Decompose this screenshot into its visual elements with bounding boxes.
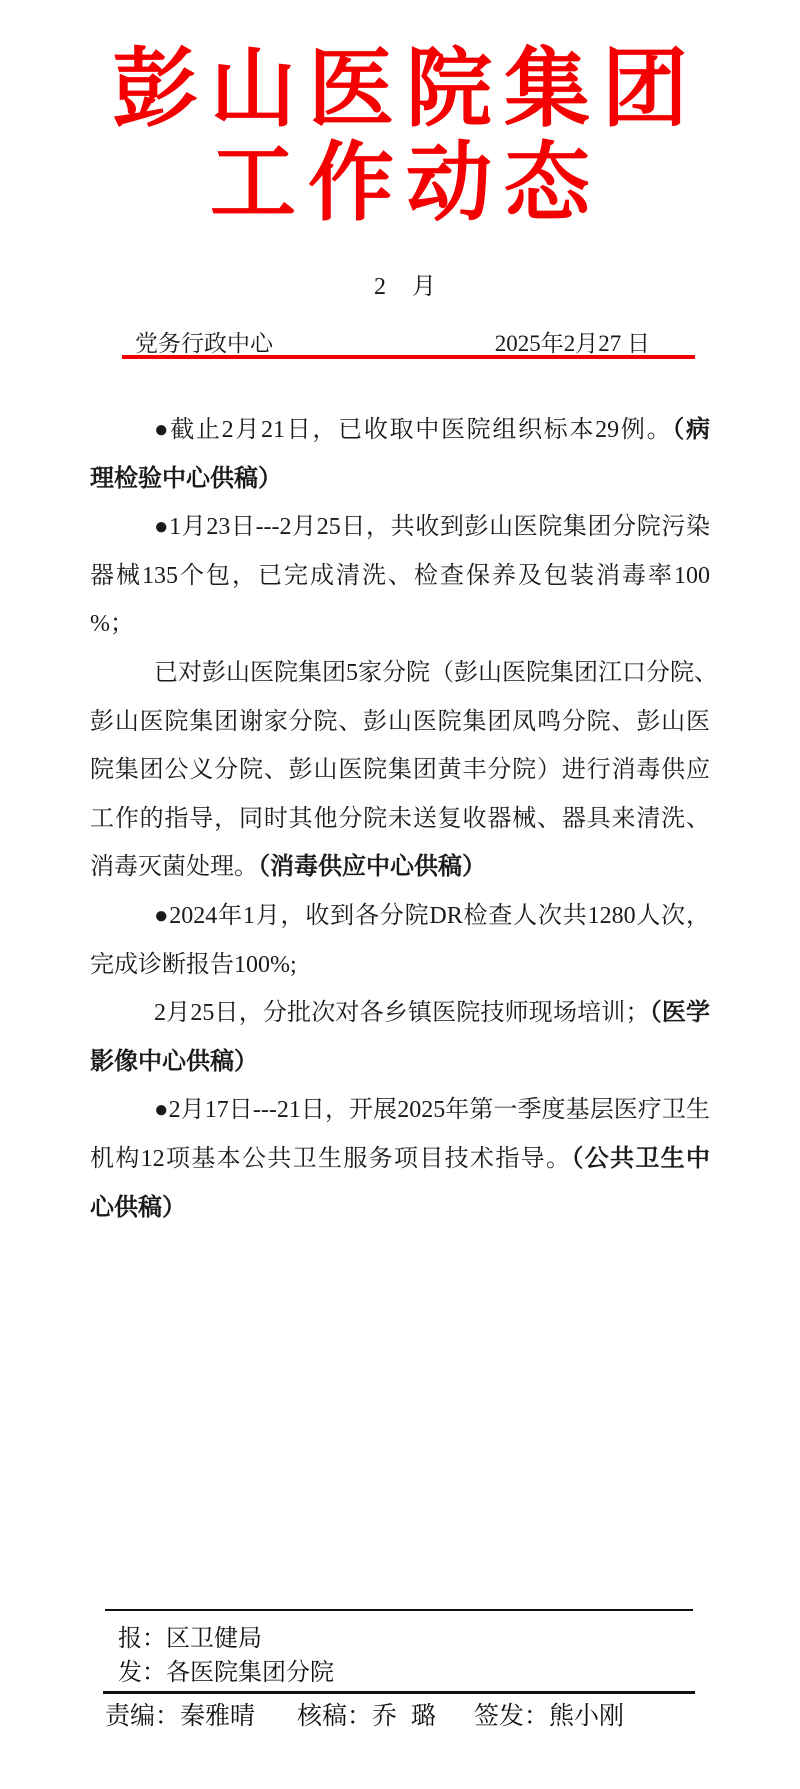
body-line: ●2024年1月，收到各分院DR检查人次共1280人次， bbox=[90, 892, 710, 941]
reviewer-credit: 核稿：乔 璐 bbox=[297, 1700, 436, 1732]
body-text-segment: 完成诊断报告100%; bbox=[90, 952, 297, 978]
editor-credit: 责编：秦雅晴 bbox=[105, 1700, 255, 1732]
body-text-segment: ●截止2月21日，已收取中医院组织标本29例。 bbox=[154, 417, 672, 443]
body-text-segment: 机构12项基本公共卫生服务项目技术指导。 bbox=[90, 1146, 571, 1172]
body-text-segment: 器械135个包，已完成清洗、检查保养及包装消毒率100 bbox=[90, 563, 710, 589]
title-line-2: 工作动态 bbox=[0, 136, 800, 230]
body-text-segment: 彭山医院集团谢家分院、彭山医院集团凤鸣分院、彭山医 bbox=[90, 709, 710, 735]
footer-rule-top bbox=[105, 1609, 693, 1611]
body-line: 影像中心供稿） bbox=[90, 1038, 710, 1087]
body-text: ●截止2月21日，已收取中医院组织标本29例。（病理检验中心供稿）●1月23日-… bbox=[90, 406, 710, 1232]
issuer-credit: 签发：熊小刚 bbox=[474, 1700, 624, 1732]
header-bar: 党务行政中心 2025年2月27 日 bbox=[122, 325, 695, 358]
body-text-segment: 2月25日，分批次对各乡镇医院技师现场培训； bbox=[154, 1000, 649, 1026]
body-line: ●截止2月21日，已收取中医院组织标本29例。（病 bbox=[90, 406, 710, 455]
footer-rule-mid bbox=[103, 1691, 695, 1694]
title-line-1: 彭山医院集团 bbox=[0, 42, 800, 136]
body-line: 工作的指导，同时其他分院未送复收器械、器具来清洗、 bbox=[90, 795, 710, 844]
contributor-credit-text: 影像中心供稿） bbox=[90, 1049, 258, 1075]
issue-date: 2025年2月27 日 bbox=[495, 325, 695, 358]
body-line: 理检验中心供稿） bbox=[90, 455, 710, 504]
body-line: 机构12项基本公共卫生服务项目技术指导。（公共卫生中 bbox=[90, 1135, 710, 1184]
distribute-to-line: 发：各医院集团分院 bbox=[118, 1658, 334, 1688]
body-line: 已对彭山医院集团5家分院（彭山医院集团江口分院、 bbox=[90, 649, 710, 698]
body-text-segment: 工作的指导，同时其他分院未送复收器械、器具来清洗、 bbox=[90, 806, 710, 832]
contributor-credit-text: 理检验中心供稿） bbox=[90, 466, 282, 492]
contributor-credit-text: 心供稿） bbox=[90, 1195, 186, 1221]
body-line: 器械135个包，已完成清洗、检查保养及包装消毒率100 bbox=[90, 552, 710, 601]
body-text-segment: ●2月17日---21日，开展2025年第一季度基层医疗卫生 bbox=[154, 1097, 710, 1123]
body-text-segment: ●1月23日---2月25日，共收到彭山医院集团分院污染 bbox=[154, 514, 710, 540]
header-red-rule bbox=[122, 355, 695, 359]
body-line: ●1月23日---2月25日，共收到彭山医院集团分院污染 bbox=[90, 503, 710, 552]
body-line: 心供稿） bbox=[90, 1184, 710, 1233]
contributor-credit-text: （病 bbox=[672, 417, 710, 443]
body-line: 彭山医院集团谢家分院、彭山医院集团凤鸣分院、彭山医 bbox=[90, 698, 710, 747]
body-text-segment: 已对彭山医院集团5家分院（彭山医院集团江口分院、 bbox=[154, 660, 718, 686]
contributor-credit-text: （公共卫生中 bbox=[571, 1146, 710, 1172]
body-line: %； bbox=[90, 600, 710, 649]
body-line: 院集团公义分院、彭山医院集团黄丰分院）进行消毒供应 bbox=[90, 746, 710, 795]
credits-row: 责编：秦雅晴 核稿：乔 璐 签发：熊小刚 bbox=[105, 1700, 695, 1732]
body-text-segment: %； bbox=[90, 611, 134, 637]
body-line: 完成诊断报告100%; bbox=[90, 941, 710, 990]
body-text-segment: ●2024年1月，收到各分院DR检查人次共1280人次， bbox=[154, 903, 710, 929]
report-to-line: 报：区卫健局 bbox=[118, 1624, 262, 1654]
body-line: ●2月17日---21日，开展2025年第一季度基层医疗卫生 bbox=[90, 1086, 710, 1135]
body-text-segment: 院集团公义分院、彭山医院集团黄丰分院）进行消毒供应 bbox=[90, 757, 710, 783]
department-label: 党务行政中心 bbox=[122, 325, 273, 358]
masthead-title: 彭山医院集团 工作动态 bbox=[0, 42, 800, 230]
body-text-segment: 消毒灭菌处理。 bbox=[90, 854, 258, 880]
contributor-credit-text: （医学 bbox=[649, 1000, 710, 1026]
contributor-credit-text: （消毒供应中心供稿） bbox=[258, 854, 486, 880]
body-line: 2月25日，分批次对各乡镇医院技师现场培训；（医学 bbox=[90, 989, 710, 1038]
issue-month: 2 月 bbox=[0, 266, 800, 301]
body-line: 消毒灭菌处理。（消毒供应中心供稿） bbox=[90, 843, 710, 892]
bulletin-page: 彭山医院集团 工作动态 2 月 党务行政中心 2025年2月27 日 ●截止2月… bbox=[0, 0, 800, 1789]
